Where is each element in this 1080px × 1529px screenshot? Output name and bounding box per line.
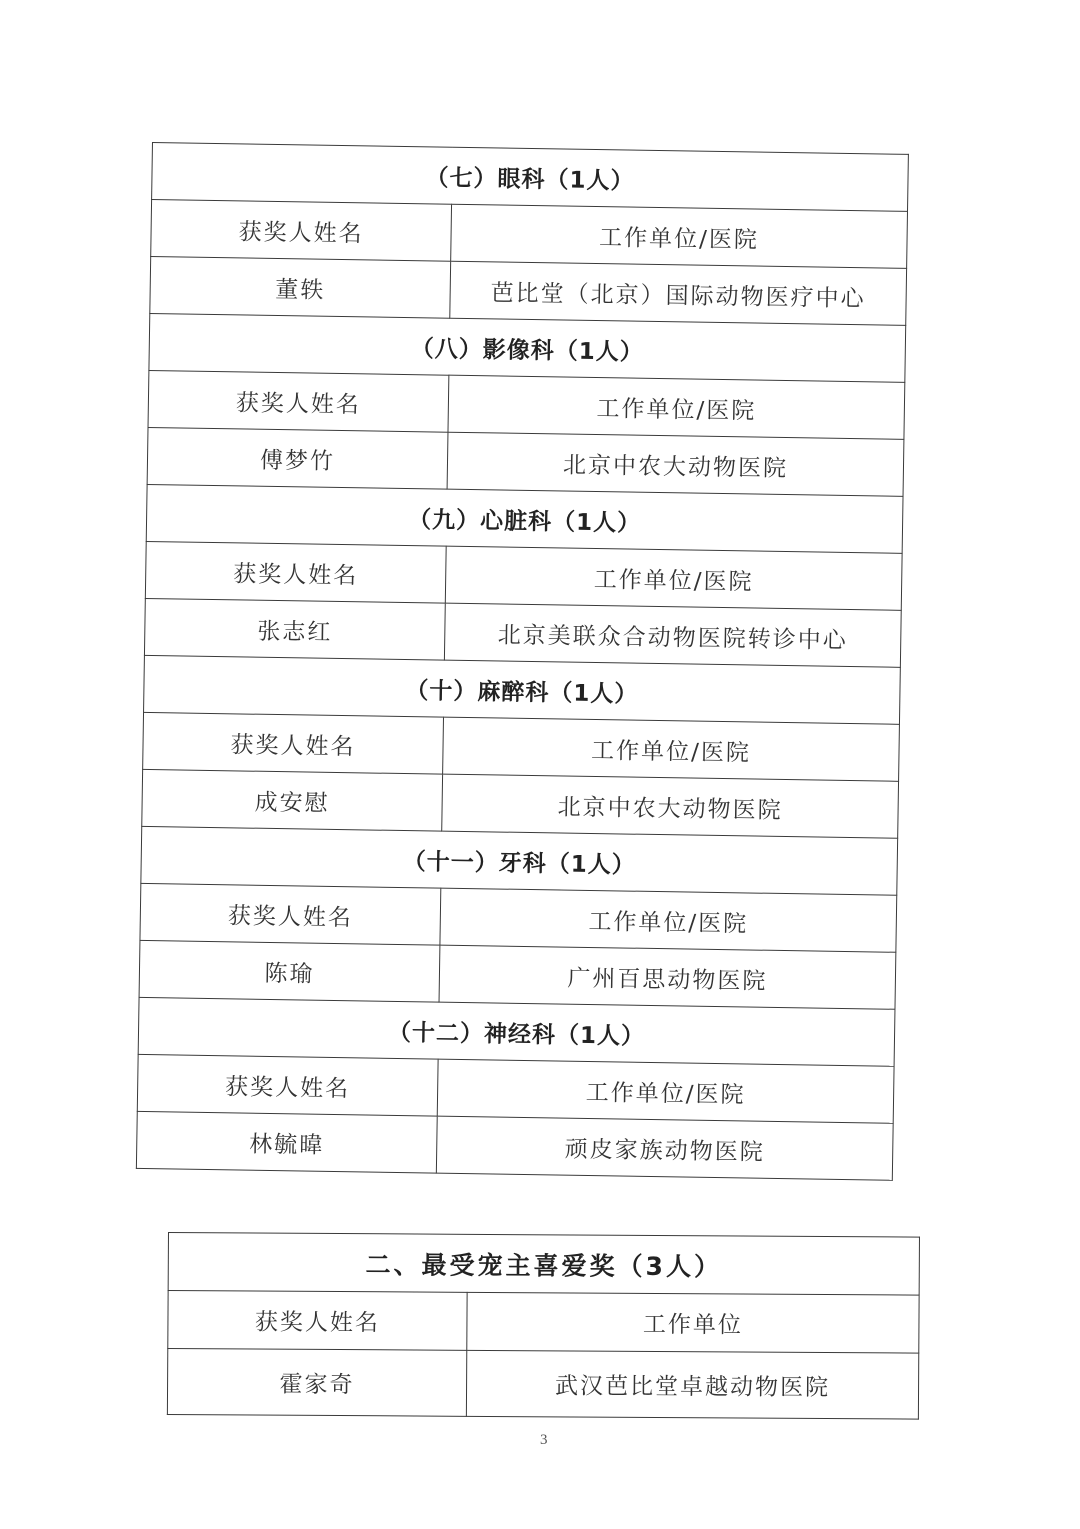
winner-name: 董轶 — [150, 256, 451, 318]
column-header-name: 获奖人姓名 — [151, 200, 452, 262]
winner-unit: 北京美联众合动物医院转诊中心 — [444, 603, 901, 667]
column-header-unit: 工作单位/医院 — [448, 375, 905, 439]
column-header-unit: 工作单位/医院 — [437, 1059, 894, 1123]
winner-name: 霍家奇 — [167, 1349, 466, 1417]
winner-name: 陈瑜 — [139, 940, 440, 1002]
winner-unit: 北京中农大动物医院 — [447, 432, 904, 496]
winner-unit: 武汉芭比堂卓越动物医院 — [466, 1350, 918, 1419]
winner-unit: 芭比堂（北京）国际动物医疗中心 — [450, 261, 907, 325]
column-header-name: 获奖人姓名 — [137, 1054, 438, 1116]
winner-name: 傅梦竹 — [147, 427, 448, 489]
winner-name: 张志红 — [144, 598, 445, 660]
column-header-name: 获奖人姓名 — [143, 712, 444, 774]
award-title: 二、最受宠主喜爱奖（3人） — [168, 1233, 919, 1296]
column-header-unit: 工作单位/医院 — [443, 717, 900, 781]
column-header-unit: 工作单位/医院 — [451, 204, 908, 268]
column-header-name: 获奖人姓名 — [140, 883, 441, 945]
column-header-unit: 工作单位/医院 — [440, 888, 897, 952]
winner-unit: 北京中农大动物医院 — [442, 774, 899, 838]
column-header-unit: 工作单位/医院 — [445, 546, 902, 610]
winner-unit: 广州百思动物医院 — [439, 945, 896, 1009]
winner-name: 成安慰 — [142, 769, 443, 831]
column-header-name: 获奖人姓名 — [148, 370, 449, 432]
page-number: 3 — [540, 1432, 548, 1449]
column-header-name: 获奖人姓名 — [168, 1291, 467, 1351]
winner-name: 林毓暐 — [136, 1111, 437, 1173]
column-header-unit: 工作单位 — [467, 1292, 919, 1353]
pet-owner-favorite-award-table: 二、最受宠主喜爱奖（3人） 获奖人姓名 工作单位 霍家奇 武汉芭比堂卓越动物医院 — [167, 1232, 920, 1420]
winner-unit: 顽皮家族动物医院 — [436, 1116, 893, 1180]
specialty-awards-table: （七）眼科（1人） 获奖人姓名 工作单位/医院 董轶 芭比堂（北京）国际动物医疗… — [136, 142, 909, 1181]
column-header-name: 获奖人姓名 — [145, 541, 446, 603]
